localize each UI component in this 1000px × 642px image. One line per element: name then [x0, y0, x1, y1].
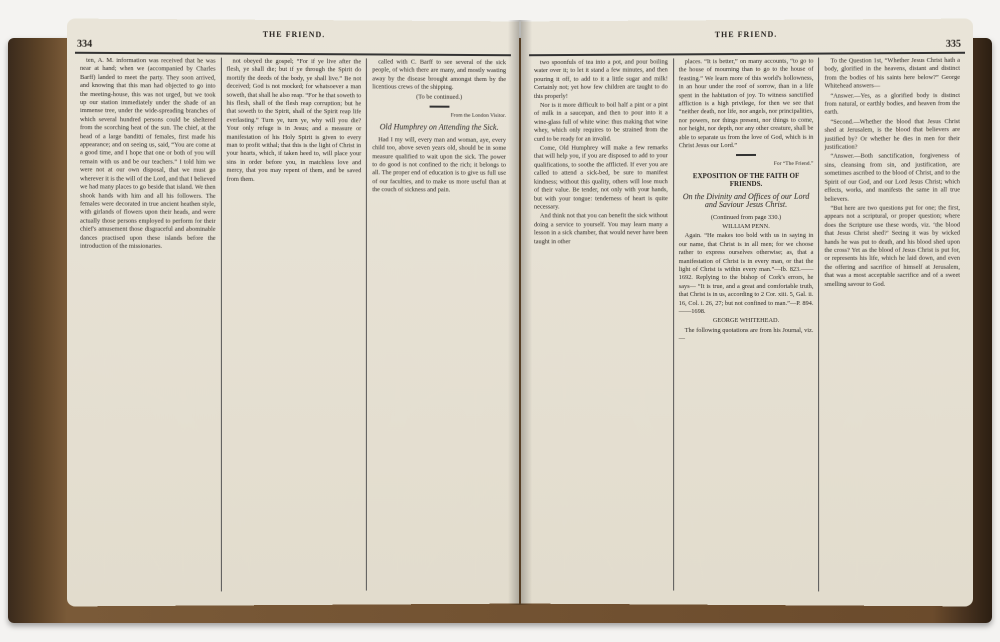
paragraph: called with C. Barff to see several of t… — [372, 58, 506, 92]
column-2: places. “It is better,” on many accounts… — [673, 58, 819, 592]
paragraph: “Answer.—Both sanctification, forgivenes… — [824, 153, 960, 204]
article-title: Old Humphrey on Attending the Sick. — [372, 124, 506, 133]
paragraph: And think not that you can benefit the s… — [534, 212, 668, 246]
source-note: From the London Visitor. — [372, 111, 506, 120]
article-heading: EXPOSITION OF THE FAITH OF FRIENDS. — [679, 172, 814, 189]
divider — [75, 52, 511, 56]
right-page: THE FRIEND. 335 two spoonfuls of tea int… — [521, 19, 973, 607]
page-number: 334 — [77, 39, 92, 50]
page-number: 335 — [946, 39, 961, 50]
paragraph: places. “It is better,” on many accounts… — [679, 58, 814, 151]
column-1: ten, A. M. information was received that… — [75, 57, 221, 593]
running-head: THE FRIEND. — [521, 29, 973, 41]
paragraph: The following quotations are from his Jo… — [679, 327, 814, 344]
paragraph: Come, Old Humphrey will make a few remar… — [534, 144, 668, 211]
article-subheading: On the Divinity and Offices of our Lord … — [679, 193, 814, 210]
column-2: not obeyed the gospel; “For if ye live a… — [221, 58, 367, 592]
paragraph: “Second.—Whether the blood that Jesus Ch… — [824, 118, 960, 152]
left-page: THE FRIEND. 334 ten, A. M. information w… — [67, 19, 519, 607]
paragraph: ten, A. M. information was received that… — [80, 57, 216, 251]
source-note: For “The Friend.” — [679, 160, 814, 169]
paragraph: Had I my will, every man and woman, aye,… — [372, 136, 506, 195]
continued-note: (To be continued.) — [372, 93, 506, 102]
column-3: To the Question 1st, “Whether Jesus Chri… — [818, 57, 965, 593]
running-head: THE FRIEND. — [67, 29, 519, 41]
continued-note: (Continued from page 330.) — [679, 213, 814, 222]
author-name: WILLIAM PENN. — [679, 223, 814, 232]
open-book: THE FRIEND. 334 ten, A. M. information w… — [8, 8, 992, 628]
paragraph: not obeyed the gospel; “For if ye live a… — [227, 58, 362, 185]
author-name: GEORGE WHITEHEAD. — [679, 317, 814, 325]
paragraph: Nor is it more difficult to boil half a … — [534, 101, 668, 143]
paragraph: “Answer.—Yes, as a glorified body is dis… — [824, 92, 960, 118]
paragraph: two spoonfuls of tea into a pot, and pou… — [534, 58, 668, 101]
paragraph: To the Question 1st, “Whether Jesus Chri… — [824, 57, 960, 91]
divider — [529, 52, 965, 56]
divider — [429, 106, 449, 108]
divider — [736, 154, 756, 156]
book-gutter — [508, 20, 532, 605]
paragraph: “But here are two questions put for one;… — [824, 204, 960, 289]
paragraph: Again. “He makes too bold with us in say… — [679, 232, 814, 316]
column-1: two spoonfuls of tea into a pot, and pou… — [529, 58, 673, 590]
column-3: called with C. Barff to see several of t… — [366, 58, 511, 590]
